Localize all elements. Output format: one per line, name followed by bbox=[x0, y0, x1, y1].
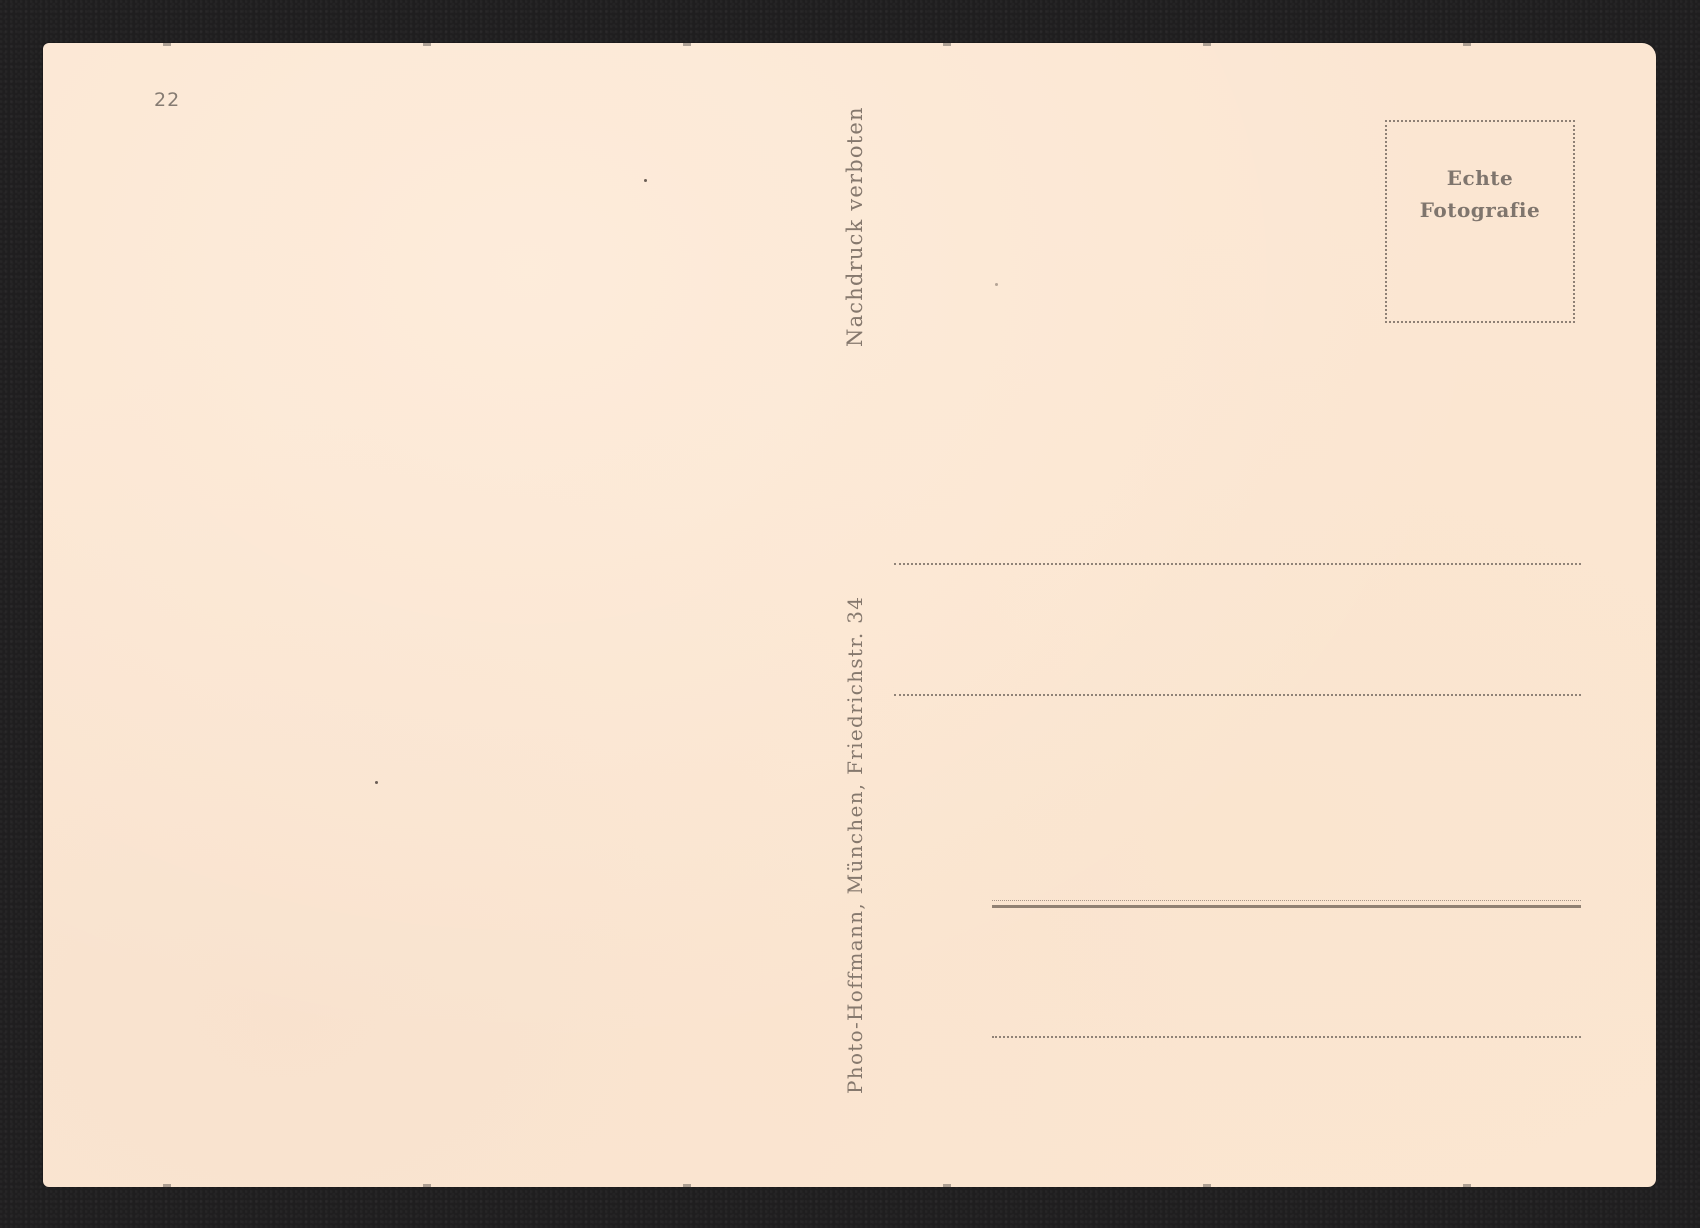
reprint-notice: Nachdruck verboten bbox=[843, 119, 867, 347]
paper-speck bbox=[375, 781, 378, 784]
address-line-1 bbox=[894, 563, 1581, 565]
stamp-box-line-2: Fotografie bbox=[1420, 194, 1540, 226]
stamp-box-label: Echte Fotografie bbox=[1420, 162, 1540, 226]
address-line-3-dotted bbox=[992, 900, 1581, 901]
publisher-imprint: Photo-Hoffmann, München, Friedrichstr. 3… bbox=[843, 594, 867, 1094]
card-number: 22 bbox=[154, 89, 180, 111]
stamp-placement-box: Echte Fotografie bbox=[1385, 120, 1575, 323]
stamp-box-line-1: Echte bbox=[1420, 162, 1540, 194]
address-line-2 bbox=[894, 694, 1581, 696]
postcard-back: 22 Nachdruck verboten Photo-Hoffmann, Mü… bbox=[43, 43, 1656, 1187]
address-line-3-solid bbox=[992, 905, 1581, 908]
paper-speck bbox=[995, 283, 998, 286]
address-line-4 bbox=[992, 1036, 1581, 1038]
paper-speck bbox=[644, 179, 647, 182]
